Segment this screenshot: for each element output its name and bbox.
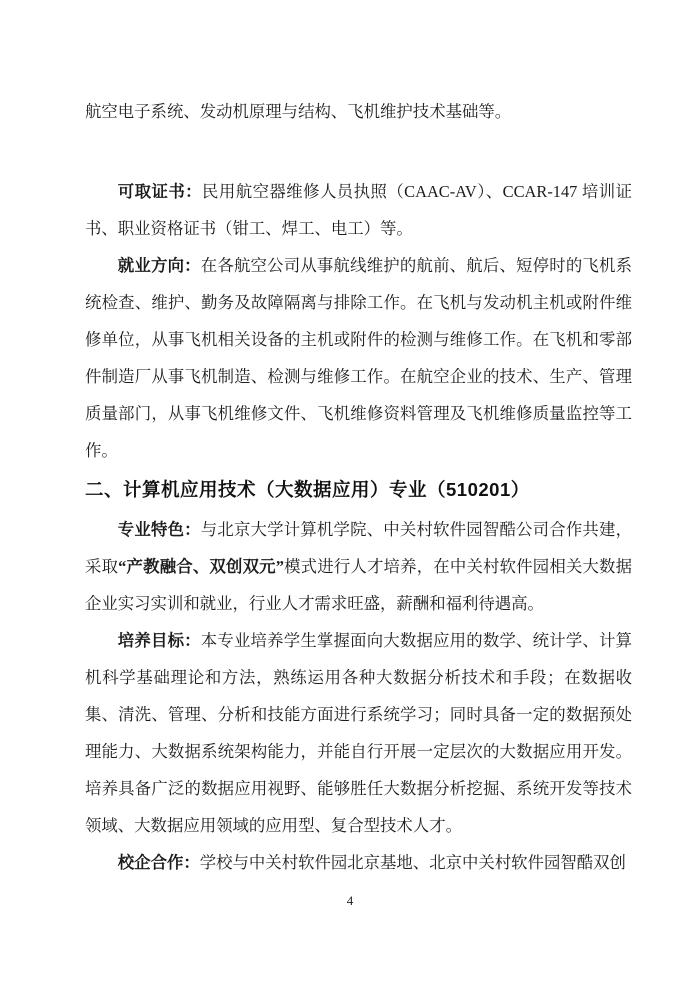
paragraph-cooperation: 校企合作：学校与中关村软件园北京基地、北京中关村软件园智酷双创 [85, 844, 632, 881]
paragraph-continuation: 航空电子系统、发动机原理与结构、飞机维护技术基础等。 [85, 93, 632, 130]
paragraph-objectives: 培养目标：本专业培养学生掌握面向大数据应用的数学、统计学、计算机科学基础理论和方… [85, 622, 632, 844]
document-content: 航空电子系统、发动机原理与结构、飞机维护技术基础等。 可取证书：民用航空器维修人… [85, 93, 632, 881]
cooperation-label: 校企合作： [118, 853, 200, 872]
certificates-label: 可取证书： [118, 182, 202, 201]
employment-label: 就业方向： [118, 256, 201, 275]
features-bold-phrase: “产教融合、双创双元” [118, 557, 284, 576]
objectives-label: 培养目标： [118, 631, 201, 650]
paragraph-features: 专业特色：与北京大学计算机学院、中关村软件园智酷公司合作共建，采取“产教融合、双… [85, 511, 632, 622]
cooperation-text: 学校与中关村软件园北京基地、北京中关村软件园智酷双创 [200, 853, 626, 872]
employment-text: 在各航空公司从事航线维护的航前、航后、短停时的飞机系统检查、维护、勤务及故障隔离… [85, 256, 632, 460]
features-label: 专业特色： [118, 520, 201, 539]
paragraph-certificates: 可取证书：民用航空器维修人员执照（CAAC-AV）、CCAR-147 培训证书、… [85, 173, 632, 247]
objectives-text: 本专业培养学生掌握面向大数据应用的数学、统计学、计算机科学基础理论和方法，熟练运… [85, 631, 632, 835]
paragraph-employment: 就业方向：在各航空公司从事航线维护的航前、航后、短停时的飞机系统检查、维护、勤务… [85, 247, 632, 469]
document-page: 航空电子系统、发动机原理与结构、飞机维护技术基础等。 可取证书：民用航空器维修人… [0, 0, 700, 989]
page-number: 4 [0, 893, 700, 909]
section-heading-computer-application: 二、计算机应用技术（大数据应用）专业（510201） [85, 469, 632, 511]
